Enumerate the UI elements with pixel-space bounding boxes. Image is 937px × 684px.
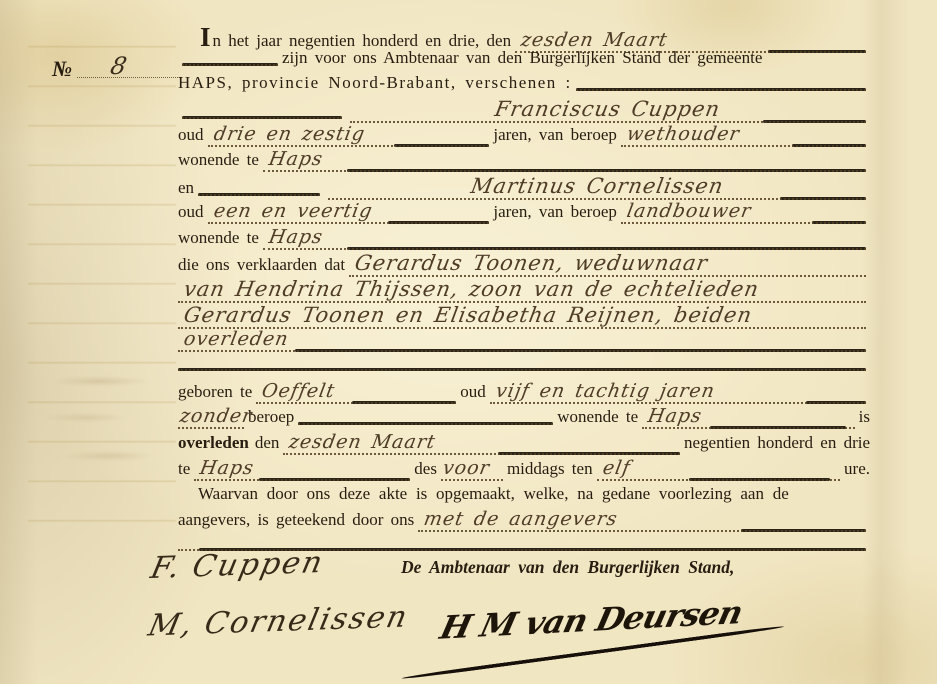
declarant1-name-written: Franciscus Cuppen	[488, 99, 729, 120]
line-declarant1-residence: wonende te Haps	[178, 150, 870, 176]
printed-closing-1: Waarvan door ons deze akte is opgemaakt,…	[198, 484, 789, 504]
printed-officials-text: zijn voor ons Ambtenaar van den Burgerli…	[282, 48, 762, 68]
ink-stroke	[689, 478, 830, 481]
rule-fill: zonder	[178, 407, 244, 426]
official-title-printed: De Ambtenaar van den Burgerlijken Stand,	[401, 557, 734, 578]
declarant2-name-written: Martinus Cornelissen	[463, 176, 731, 197]
printed-oud: oud	[178, 125, 204, 145]
printed-oud: oud	[460, 382, 486, 402]
rule-fill: Gerardus Toonen, weduwnaar	[349, 253, 866, 274]
line-declaration-2: van Hendrina Thijssen, zoon van de echte…	[178, 279, 870, 305]
rule-fill: Franciscus Cuppen	[350, 99, 866, 120]
line-closing-2: aangevers, is geteekend door ons met de …	[178, 510, 870, 536]
deceased-name-written: Gerardus Toonen, weduwnaar	[347, 253, 715, 274]
printed-ure: ure.	[844, 459, 870, 479]
ink-stroke	[812, 221, 866, 224]
ink-stroke	[806, 401, 866, 404]
printed-municipality-text: HAPS, provincie Noord-Brabant, verschene…	[178, 73, 572, 93]
declarant1-residence-written: Haps	[261, 150, 330, 169]
printed-jaren-beroep: jaren, van beroep	[493, 125, 617, 145]
form-body: I n het jaar negentien honderd en drie, …	[178, 22, 870, 561]
rule-fill	[182, 51, 278, 63]
rule-fill: Oeffelt	[256, 382, 456, 401]
ink-stroke	[352, 401, 456, 404]
zonder-written: zonder	[176, 407, 256, 426]
rule-fill: Haps	[263, 150, 866, 169]
rule-fill: drie en zestig	[208, 125, 490, 144]
signature-declarant1: F. Cuppen	[148, 545, 328, 586]
rule-fill: zesden Maart	[283, 433, 680, 452]
line-death-date: overleden den zesden Maart negentien hon…	[178, 433, 870, 459]
ink-stroke	[576, 88, 866, 91]
declarant2-age-written: een en veertig	[206, 202, 380, 221]
printed-en: en	[178, 178, 194, 198]
act-number-value: 8	[108, 52, 129, 80]
rule-fill	[198, 181, 320, 193]
ink-stroke	[295, 349, 866, 352]
declarant1-profession-written: wethouder	[619, 125, 747, 144]
act-number-label: №	[52, 56, 71, 82]
rule-fill: met de aangevers	[418, 510, 866, 529]
ink-stroke	[178, 368, 866, 371]
ink-stroke	[182, 63, 278, 66]
printed-wonende-te: wonende te	[557, 407, 638, 427]
declaration-written-2: van Hendrina Thijssen, zoon van de echte…	[176, 279, 767, 300]
rule-fill: Haps	[642, 407, 855, 426]
act-number: № 8	[52, 56, 182, 82]
line-declarant2-name: en Martinus Cornelissen	[178, 176, 870, 202]
printed-closing-2: aangevers, is geteekend door ons	[178, 510, 414, 530]
ink-stroke	[347, 169, 866, 172]
ink-stroke	[388, 221, 489, 224]
line-officials: zijn voor ons Ambtenaar van den Burgerli…	[178, 48, 870, 74]
rule-fill: Gerardus Toonen en Elisabetha Reijnen, b…	[178, 305, 866, 326]
rule-fill: vijf en tachtig jaren	[490, 382, 866, 401]
rule-fill	[178, 356, 866, 368]
rule-fill: wethouder	[621, 125, 866, 144]
line-declarant2-age-profession: oud een en veertig jaren, van beroep lan…	[178, 202, 870, 228]
line-declarant1-age-profession: oud drie en zestig jaren, van beroep wet…	[178, 125, 870, 151]
rule-fill: Martinus Cornelissen	[328, 176, 866, 197]
printed-den: den	[255, 433, 280, 453]
deceased-age-written: vijf en tachtig jaren	[488, 382, 722, 401]
act-number-rule: 8	[77, 64, 182, 76]
printed-overleden: overleden	[178, 433, 249, 453]
ink-stroke	[298, 422, 553, 425]
birthplace-written: Oeffelt	[255, 382, 343, 401]
printed-wonende-te: wonende te	[178, 228, 259, 248]
rule-fill: Haps	[263, 228, 866, 247]
declarant2-residence-written: Haps	[261, 228, 330, 247]
ink-stroke	[259, 478, 410, 481]
ink-stroke	[394, 144, 490, 147]
printed-geboren-te: geboren te	[178, 382, 252, 402]
ink-stroke	[710, 426, 846, 429]
printed-jaren-beroep: jaren, van beroep	[493, 202, 617, 222]
line-birthplace-age: geboren te Oeffelt oud vijf en tachtig j…	[178, 382, 870, 408]
rule-fill: landbouwer	[621, 202, 866, 221]
signature-official: H M van Deursen	[437, 593, 746, 646]
rule-fill: van Hendrina Thijssen, zoon van de echte…	[178, 279, 866, 300]
ink-stroke	[792, 144, 866, 147]
deceased-residence-written: Haps	[640, 407, 709, 426]
printed-oud: oud	[178, 202, 204, 222]
printed-declaration-label: die ons verklaarden dat	[178, 255, 345, 275]
printed-death-year: negentien honderd en drie	[684, 433, 870, 453]
declarant1-age-written: drie en zestig	[206, 125, 372, 144]
ink-stroke	[498, 452, 680, 455]
line-death-place-time: te Haps des voor middags ten elf ure.	[178, 459, 870, 485]
rule-fill: voor	[441, 459, 503, 478]
ink-stroke	[347, 247, 866, 250]
death-place-written: Haps	[193, 459, 262, 478]
declarant2-profession-written: landbouwer	[619, 202, 759, 221]
line-declarant1-name: Franciscus Cuppen	[178, 99, 870, 125]
rule-fill	[576, 76, 866, 88]
line-year-date: I n het jaar negentien honderd en drie, …	[178, 22, 870, 48]
printed-is: is	[859, 407, 870, 427]
rule-fill	[298, 410, 553, 422]
ink-stroke	[741, 529, 866, 532]
signature-row-1: F. Cuppen De Ambtenaar van den Burgerlij…	[150, 548, 912, 583]
line-blank-rule	[178, 356, 870, 382]
rule-fill: overleden	[178, 330, 866, 349]
line-declaration-start: die ons verklaarden dat Gerardus Toonen,…	[178, 253, 870, 279]
signature-block: F. Cuppen De Ambtenaar van den Burgerlij…	[150, 548, 912, 639]
rule-fill: Haps	[194, 459, 410, 478]
printed-middags-ten: middags ten	[507, 459, 593, 479]
rule-fill: elf	[597, 459, 840, 478]
rule-fill	[182, 104, 342, 116]
death-hour-written: elf	[595, 459, 638, 478]
printed-des: des	[414, 459, 437, 479]
ink-stroke	[198, 193, 320, 196]
declaration-written-3: Gerardus Toonen en Elisabetha Reijnen, b…	[176, 305, 760, 326]
printed-wonende-te: wonende te	[178, 150, 259, 170]
line-closing-1: Waarvan door ons deze akte is opgemaakt,…	[178, 484, 870, 510]
death-certificate-document: № 8 I n het jaar negentien honderd en dr…	[0, 0, 937, 684]
margin-bleedthrough-smudge	[18, 368, 168, 478]
line-declaration-4: overleden	[178, 330, 870, 356]
rule-fill: een en veertig	[208, 202, 490, 221]
printed-te: te	[178, 459, 190, 479]
ink-stroke	[763, 120, 866, 123]
signature-row-2: M, Cornelissen H M van Deursen	[150, 583, 912, 639]
signed-with-written: met de aangevers	[417, 510, 626, 529]
line-declarant2-residence: wonende te Haps	[178, 228, 870, 254]
ink-stroke	[780, 197, 866, 200]
death-date-written: zesden Maart	[282, 433, 444, 452]
declaration-written-4: overleden	[176, 330, 296, 349]
line-deceased-profession-residence: zonder beroep wonende te Haps is	[178, 407, 870, 433]
daypart-written: voor	[439, 459, 493, 478]
line-municipality: HAPS, provincie Noord-Brabant, verschene…	[178, 73, 870, 99]
ink-stroke	[182, 116, 342, 119]
line-declaration-3: Gerardus Toonen en Elisabetha Reijnen, b…	[178, 305, 870, 331]
signature-declarant2: M, Cornelissen	[145, 600, 412, 644]
